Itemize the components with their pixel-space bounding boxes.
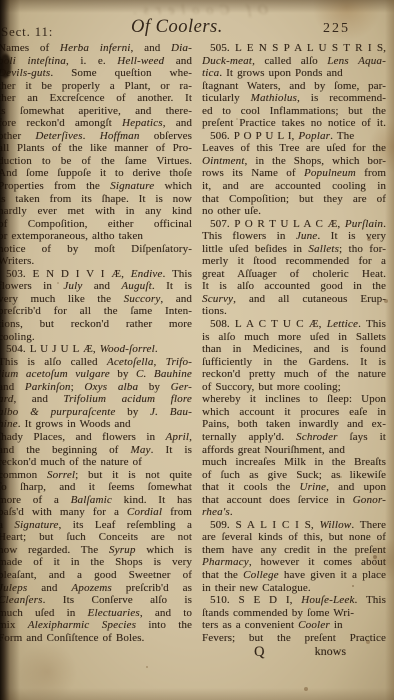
text-line: preſcrib'd for all the ſame Inten- <box>0 305 192 318</box>
text-line: Leaves of this Tree are uſed for the <box>202 142 386 155</box>
text-line: boli inteſtina, i. e. Hell-weed and <box>0 55 192 68</box>
text-line: duction to be of the ſame Virtues. <box>0 155 192 168</box>
text-line: 506. P O P U L I, Poplar. The <box>202 130 386 143</box>
text-line: 509. S A L I C I S, Willow. There <box>202 519 386 532</box>
signature-line: Q knows <box>202 644 386 660</box>
text-line: ſo ſharp, and it ſeems ſomewhat <box>0 481 192 494</box>
left-column: Names of Herba inferni, and Dia-boli int… <box>0 42 192 648</box>
page-number: 225 <box>323 21 350 37</box>
text-line: flowers in July and Auguſt. It is <box>0 280 192 293</box>
book-page: Of Coolers. Sect. 11: Of Coolers. 225 Na… <box>0 0 394 700</box>
text-line: Ointment, in the Shops, which bor- <box>202 155 386 168</box>
text-line: very much like the Succory, and <box>0 293 192 306</box>
text-line: is alſo much more uſed in Sallets <box>202 331 386 344</box>
text-line: It is alſo accounted good in the <box>202 280 386 293</box>
text-line: made of it in the Shops is very <box>0 556 192 569</box>
text-line: 503. E N D I V I Æ, Endive. This <box>0 268 192 281</box>
text-line: ther an Excreſcence of another. It <box>0 92 192 105</box>
text-line: reckon'd much of the nature of <box>0 456 192 469</box>
text-line: hine. It grows in Woods and <box>0 418 192 431</box>
text-line: that account does ſervice in Gonor- <box>202 494 386 507</box>
text-line: a Signature, its Leaf reſembling a <box>0 519 192 532</box>
text-line: ſhady Places, and flowers in April, <box>0 431 192 444</box>
text-line: of ſuch as give Suck; as likewiſe <box>202 469 386 482</box>
text-line: 510. S E D I, Houſe-Leek. This <box>202 594 386 607</box>
text-line: Juleps and Apozems preſcrib'd as <box>0 582 192 595</box>
text-line: 508. L A C T U C Æ, Lettice. This <box>202 318 386 331</box>
text-line: ticularly Mathiolus, is recommend- <box>202 92 386 105</box>
text-line: more of a Balſamic kind. It has <box>0 494 192 507</box>
text-line: Devils-guts. Some queſtion whe- <box>0 67 192 80</box>
text-line: much increaſes Milk in the Breaſts <box>202 456 386 469</box>
text-line: other Deterſives. Hoffman obſerves <box>0 130 192 143</box>
text-line: Cleanſers. Its Conſerve alſo is <box>0 594 192 607</box>
text-line: of Compoſition, either officinal <box>0 218 192 231</box>
text-line: Pharmacy, however it comes about <box>202 556 386 569</box>
right-column: 505. L E N S P A L U S T R I S,Duck-meat… <box>202 42 386 648</box>
text-line: And ſome ſuppoſe it to derive thoſe <box>0 167 192 180</box>
text-line: tica. It grows upon Ponds and <box>202 67 386 80</box>
signature-mark: Q <box>254 644 264 661</box>
section-label: Sect. 11: <box>1 24 53 40</box>
text-line: ternally apply'd. Schroder ſays it <box>202 431 386 444</box>
right-edge-shadow <box>385 0 394 700</box>
text-line: notice of by moſt Diſpenſatory- <box>0 243 192 256</box>
text-line: or extemporaneous, altho taken <box>0 230 192 243</box>
text-line: albo & purpuraſcente by J. Bau- <box>0 406 192 419</box>
text-line: than in Medicines, and is found <box>202 343 386 356</box>
text-line: now regarded. The Syrup which is <box>0 544 192 557</box>
text-line: paſs'd with many for a Cordial from <box>0 506 192 519</box>
text-line: common Sorrel; but it is not quite <box>0 469 192 482</box>
text-line: This flowers in June. It is very <box>202 230 386 243</box>
text-line: preſent Practice takes no notice of it. <box>202 117 386 130</box>
text-line: rows its Name of Populneum from <box>202 167 386 180</box>
text-line: ters as a convenient Cooler in <box>202 619 386 632</box>
text-line: affords great Nouriſhment, and <box>202 444 386 457</box>
text-line: rhea's. <box>202 506 386 519</box>
text-line: is taken from its ſhape. It is now <box>0 193 192 206</box>
text-line: pleaſant, and a good Sweetner of <box>0 569 192 582</box>
text-line: Properties from the Signature which <box>0 180 192 193</box>
text-line: 505. L E N S P A L U S T R I S, <box>202 42 386 55</box>
text-line: Scurvy, and all cutaneous Erup- <box>202 293 386 306</box>
text-line: that it cools the Urine, and upon <box>202 481 386 494</box>
text-line: are ſeveral kinds of this, but none of <box>202 531 386 544</box>
text-line: Duck-meat, called alſo Lens Aqua- <box>202 55 386 68</box>
text-line: Writers. <box>0 255 192 268</box>
running-title: Of Coolers. <box>131 17 223 38</box>
text-line: hardly ever met with in any kind <box>0 205 192 218</box>
text-line: This is alſo called Acetoſella, Trifo- <box>0 356 192 369</box>
text-line: whereby it inclines to ſleep: Upon <box>202 393 386 406</box>
text-line: ſtagnant Waters, and by ſome, par- <box>202 80 386 93</box>
bottom-edge-shadow <box>0 688 394 700</box>
text-line: Pains, both taken inwardly and ex- <box>202 418 386 431</box>
text-line: ſtands commended by ſome Wri- <box>202 607 386 620</box>
text-line: Fevers; but the preſent Practice <box>202 632 386 645</box>
text-line: Names of Herba inferni, and Dia- <box>0 42 192 55</box>
text-line: Heart; but ſuch Conceits are not <box>0 531 192 544</box>
text-line: and the beginning of May. It is <box>0 444 192 457</box>
text-line: lium acetoſum vulgare by C. Bauhine <box>0 368 192 381</box>
text-line: fore reckon'd amongſt Hepatics, and <box>0 117 192 130</box>
text-line: mix Alexipharmic Species into the <box>0 619 192 632</box>
text-line: tions, but reckon'd rather more <box>0 318 192 331</box>
text-line: much uſed in Electuaries, and to <box>0 607 192 620</box>
text-line: which account it procures eaſe in <box>202 406 386 419</box>
text-line: Form and Conſiſtence of Boles. <box>0 632 192 645</box>
text-line: it, and are accounted cooling in <box>202 180 386 193</box>
text-line: them have any credit in the preſent <box>202 544 386 557</box>
text-line: ſufficiently in the Gardens. It is <box>202 356 386 369</box>
text-line: cooling. <box>0 331 192 344</box>
text-line: ed to cool Inflammations; but the <box>202 105 386 118</box>
text-line: that the College have given it a place <box>202 569 386 582</box>
text-line: ard, and Trifolium acidum flore <box>0 393 192 406</box>
text-line: tions. <box>202 305 386 318</box>
text-line: reckon'd pretty much of the nature <box>202 368 386 381</box>
catchword: knows <box>315 644 346 659</box>
text-line: is ſomewhat aperitive, and there- <box>0 105 192 118</box>
text-line: all Plants of the like manner of Pro- <box>0 142 192 155</box>
text-line: little uſed beſides in Sallets; tho for- <box>202 243 386 256</box>
text-line: no other uſe. <box>202 205 386 218</box>
text-line: great Aſſuager of choleric Heat. <box>202 268 386 281</box>
text-line: merly it ſtood recommended for a <box>202 255 386 268</box>
text-line: of Succory, but more cooling; <box>202 381 386 394</box>
text-line: ther it be properly a Plant, or ra- <box>0 80 192 93</box>
text-line: in their new Catalogue. <box>202 582 386 595</box>
text-line: 507. P O R T U L A C Æ, Purſlain. <box>202 218 386 231</box>
text-line: that Compoſition; but they are of <box>202 193 386 206</box>
running-header: Sect. 11: Of Coolers. 225 <box>0 0 394 40</box>
text-line: 504. L U J U L Æ, Wood-ſorrel. <box>0 343 192 356</box>
text-line: and Parkinſon; Oxys alba by Ger- <box>0 381 192 394</box>
